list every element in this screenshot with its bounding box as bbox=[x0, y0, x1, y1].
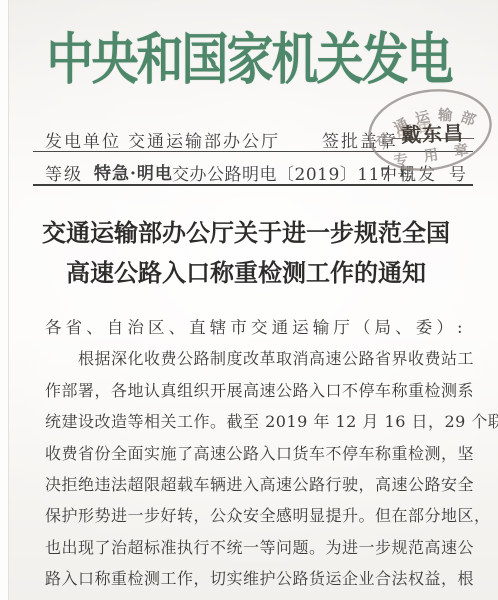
document-page: 中央和国家机关发电 发电单位 交通运输部办公厅 签批盖章 等级 特急·明电 交办… bbox=[0, 0, 498, 600]
signature-handwriting: 戴东昌 bbox=[401, 117, 465, 148]
sender-value: 交通运输部办公厅 bbox=[128, 127, 280, 152]
body-line: 收费省份全面实施了高速公路入口货车不停车称重检测，坚 bbox=[45, 438, 463, 469]
body-line: 决拒绝违法超限超载车辆进入高速公路行驶，高速公路安全 bbox=[45, 469, 463, 500]
divider-rule-bottom bbox=[33, 184, 473, 186]
doc-number: 交办公路明电〔2019〕117 号 bbox=[172, 160, 415, 185]
body-line: 保护形势进一步好转，公众安全感明显提升。但在部分地区， bbox=[45, 500, 463, 531]
salutation: 各省、自治区、直辖市交通运输厅（局、委）: bbox=[45, 312, 463, 343]
body-line: 统建设改造等相关工作。截至 2019 年 12 月 16 日，29 个联网 bbox=[45, 406, 463, 437]
document-body: 各省、自治区、直辖市交通运输厅（局、委）: 根据深化收费公路制度改革取消高速公路… bbox=[45, 312, 463, 595]
body-line: 也出现了治超标准执行不统一等问题。为进一步规范高速公 bbox=[45, 532, 463, 563]
level-label: 等级 bbox=[45, 160, 83, 185]
issue-number-suffix: 号 bbox=[449, 160, 468, 185]
signature-label: 签批盖章 bbox=[322, 127, 398, 152]
divider-rule-top bbox=[33, 151, 473, 152]
body-line: 作部署，各地认真组织开展高速公路入口不停车称重检测系 bbox=[45, 375, 463, 406]
document-title-line1: 交通运输部办公厅关于进一步规范全国 bbox=[0, 213, 492, 253]
masthead-title: 中央和国家机关发电 bbox=[0, 16, 498, 95]
document-title-line2: 高速公路入口称重检测工作的通知 bbox=[0, 253, 492, 293]
sender-label: 发电单位 bbox=[45, 127, 121, 152]
body-line: 路入口称重检测工作，切实维护公路货运企业合法权益，根 bbox=[45, 563, 463, 594]
document-title: 交通运输部办公厅关于进一步规范全国 高速公路入口称重检测工作的通知 bbox=[0, 213, 492, 293]
level-value: 特急·明电 bbox=[94, 159, 173, 184]
body-line: 根据深化收费公路制度改革取消高速公路省界收费站工 bbox=[45, 343, 463, 374]
issue-number-prefix: 中机发 bbox=[380, 160, 437, 185]
